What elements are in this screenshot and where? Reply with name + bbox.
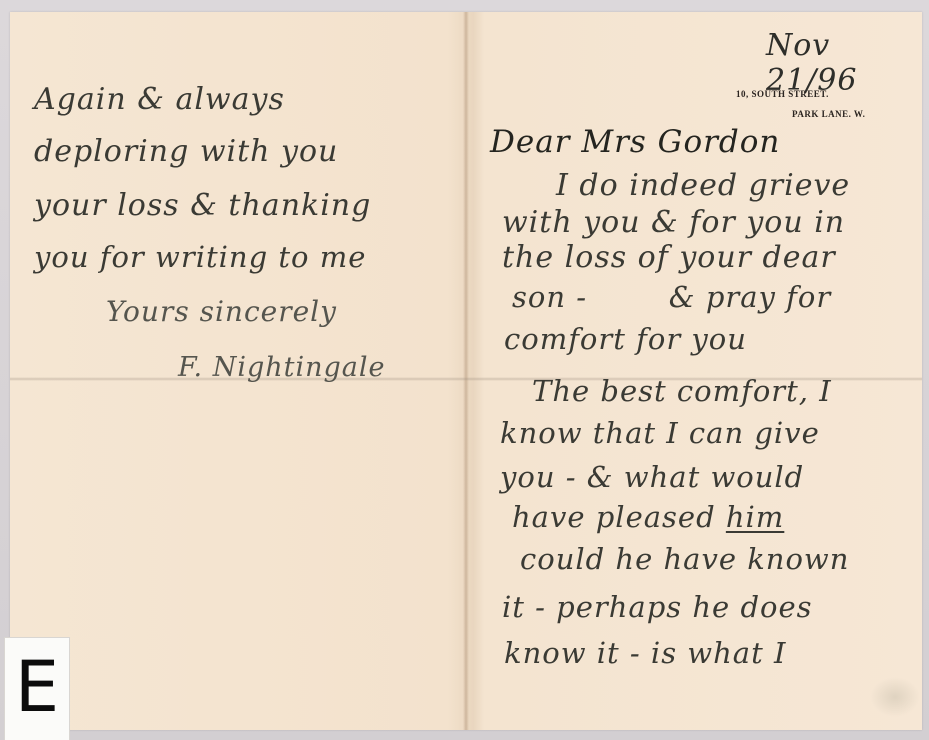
letterhead-street: 10, SOUTH STREET. <box>736 89 829 99</box>
left-page: Again & always deploring with you your l… <box>10 12 465 730</box>
right-line-2: with you & for you in <box>502 205 845 240</box>
right-line-4: son - & pray for <box>512 280 831 314</box>
left-line-4: you for writing to me <box>34 240 366 274</box>
right-line-9: have pleased him <box>512 500 784 534</box>
right-line-3: the loss of your dear <box>502 240 836 275</box>
signature: F. Nightingale <box>178 352 386 383</box>
right-line-11: it - perhaps he does <box>502 590 813 624</box>
letter-date: Nov 21/96 <box>766 28 922 98</box>
right-line-1: I do indeed grieve <box>556 168 850 203</box>
letterhead-park-lane: PARK LANE. W. <box>792 109 865 119</box>
right-line-8: you - & what would <box>500 460 804 494</box>
letter-sheet: Again & always deploring with you your l… <box>10 12 922 730</box>
left-line-1: Again & always <box>34 82 285 117</box>
exhibit-label-letter: E <box>5 646 69 728</box>
right-line-12: know it - is what I <box>504 636 786 670</box>
left-line-2: deploring with you <box>34 134 338 169</box>
right-line-5: comfort for you <box>504 322 747 356</box>
ink-smudge <box>870 677 920 717</box>
right-page: Nov 21/96 10, SOUTH STREET. PARK LANE. W… <box>468 12 922 730</box>
closing: Yours sincerely <box>106 295 337 328</box>
underlined-him: him <box>726 500 784 534</box>
right-line-9-text: have pleased <box>512 500 716 534</box>
right-line-7: know that I can give <box>500 416 820 450</box>
right-line-6: The best comfort, I <box>532 374 832 408</box>
salutation: Dear Mrs Gordon <box>490 124 780 160</box>
exhibit-label-card: E <box>4 637 70 740</box>
right-line-10: could he have known <box>520 542 849 576</box>
left-line-3: your loss & thanking <box>34 188 371 223</box>
